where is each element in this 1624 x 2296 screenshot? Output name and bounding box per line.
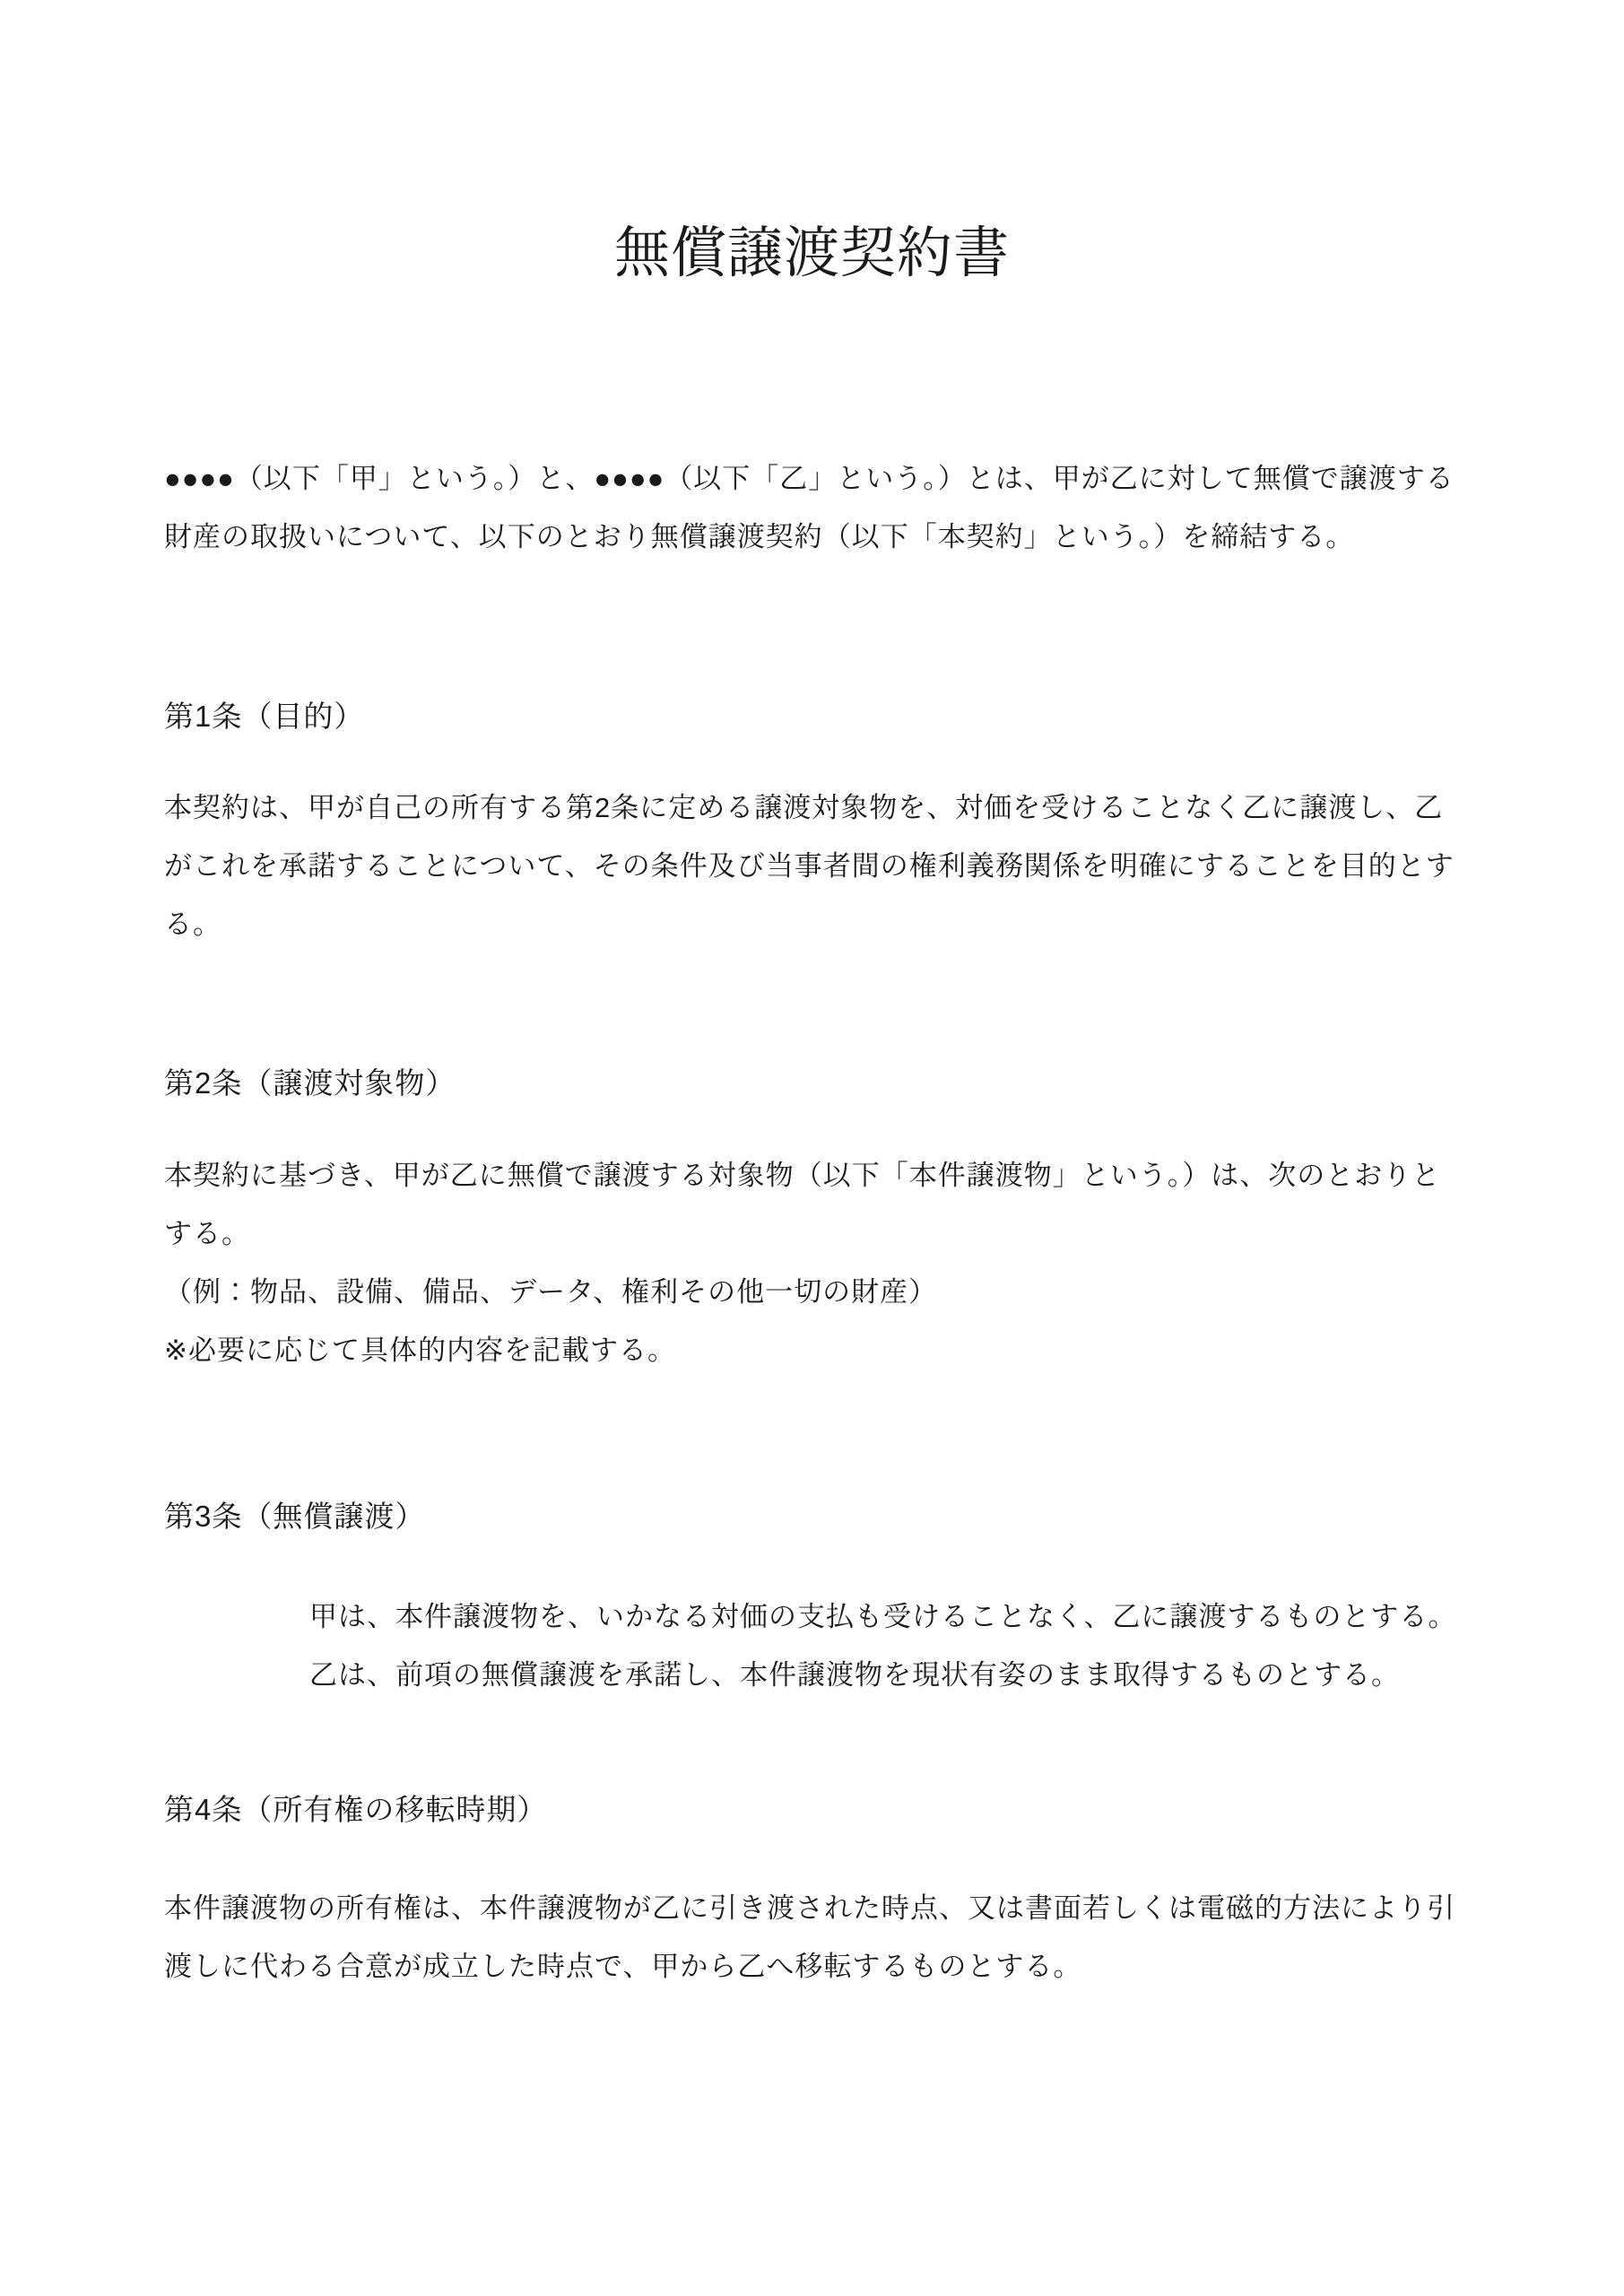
article-4-paragraph-1: 本件譲渡物の所有権は、本件譲渡物が乙に引き渡された時点、又は書面若しくは電磁的方… [164, 1879, 1460, 1996]
article-3-paragraph-1: 甲は、本件譲渡物を、いかなる対価の支払も受けることなく、乙に譲渡するものとする。 [164, 1587, 1460, 1646]
article-3-heading: 第3条（無償譲渡） [164, 1495, 1460, 1538]
article-4-body: 本件譲渡物の所有権は、本件譲渡物が乙に引き渡された時点、又は書面若しくは電磁的方… [164, 1879, 1460, 1996]
article-1-body: 本契約は、甲が自己の所有する第2条に定める譲渡対象物を、対価を受けることなく乙に… [164, 778, 1460, 953]
article-4-heading: 第4条（所有権の移転時期） [164, 1788, 1460, 1831]
article-2-heading: 第2条（譲渡対象物） [164, 1062, 1460, 1105]
article-2-body: 本契約に基づき、甲が乙に無償で譲渡する対象物（以下「本件譲渡物」という。）は、次… [164, 1146, 1460, 1379]
intro-paragraph: ●●●●（以下「甲」という。）と、●●●●（以下「乙」という。）とは、甲が乙に対… [164, 449, 1460, 566]
article-2-paragraph-1: 本契約に基づき、甲が乙に無償で譲渡する対象物（以下「本件譲渡物」という。）は、次… [164, 1146, 1460, 1263]
article-1: 第1条（目的） 本契約は、甲が自己の所有する第2条に定める譲渡対象物を、対価を受… [164, 695, 1460, 953]
document-title: 無償譲渡契約書 [164, 226, 1460, 282]
article-3-body: 甲は、本件譲渡物を、いかなる対価の支払も受けることなく、乙に譲渡するものとする。… [164, 1587, 1460, 1704]
contract-document-page: 無償譲渡契約書 ●●●●（以下「甲」という。）と、●●●●（以下「乙」という。）… [0, 0, 1624, 2296]
article-2: 第2条（譲渡対象物） 本契約に基づき、甲が乙に無償で譲渡する対象物（以下「本件譲… [164, 1062, 1460, 1379]
article-3-paragraph-2: 乙は、前項の無償譲渡を承諾し、本件譲渡物を現状有姿のまま取得するものとする。 [164, 1646, 1460, 1704]
article-2-paragraph-2: （例：物品、設備、備品、データ、権利その他一切の財産） [164, 1263, 1460, 1321]
article-1-heading: 第1条（目的） [164, 695, 1460, 738]
article-3: 第3条（無償譲渡） 甲は、本件譲渡物を、いかなる対価の支払も受けることなく、乙に… [164, 1495, 1460, 1704]
article-2-paragraph-3: ※必要に応じて具体的内容を記載する。 [164, 1321, 1460, 1379]
article-1-paragraph-1: 本契約は、甲が自己の所有する第2条に定める譲渡対象物を、対価を受けることなく乙に… [164, 778, 1460, 953]
article-4: 第4条（所有権の移転時期） 本件譲渡物の所有権は、本件譲渡物が乙に引き渡された時… [164, 1788, 1460, 1996]
